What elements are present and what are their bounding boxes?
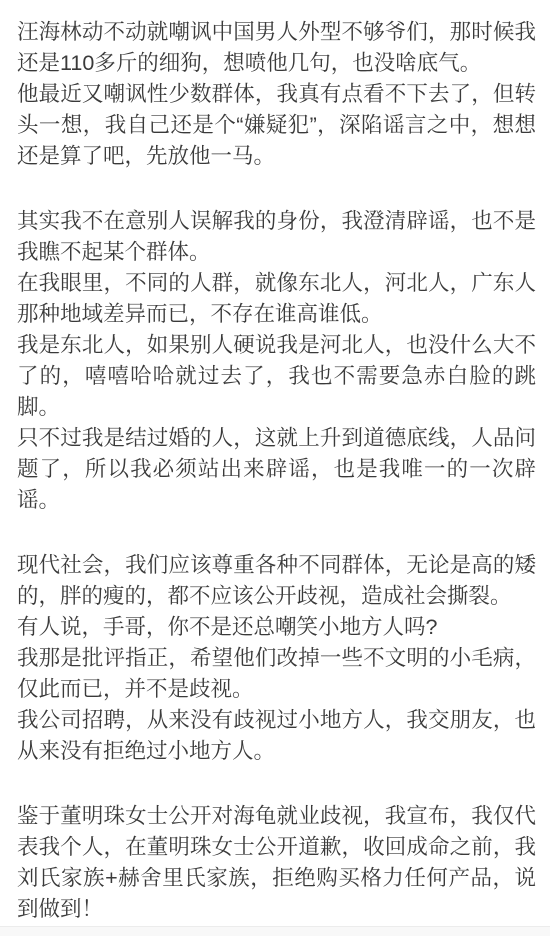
text-block: 现代社会，我们应该尊重各种不同群体，无论是高的矮的，胖的瘦的，都不应该公开歧视，…: [17, 550, 536, 767]
post-body: 汪海林动不动就嘲讽中国男人外型不够爷们，那时候我还是110多斤的细狗，想喷他几句…: [0, 0, 550, 925]
text-block: 鉴于董明珠女士公开对海龟就业歧视，我宣布，我仅代表我个人，在董明珠女士公开道歉，…: [17, 801, 536, 925]
paragraph: 只不过我是结过婚的人，这就上升到道德底线，人品问题了，所以我必须站出来辟谣，也是…: [17, 423, 536, 516]
paragraph: 鉴于董明珠女士公开对海龟就业歧视，我宣布，我仅代表我个人，在董明珠女士公开道歉，…: [17, 801, 536, 925]
paragraph: 我那是批评指正，希望他们改掉一些不文明的小毛病，仅此而已，并不是歧视。: [17, 643, 536, 705]
paragraph: 汪海林动不动就嘲讽中国男人外型不够爷们，那时候我还是110多斤的细狗，想喷他几句…: [17, 17, 536, 79]
paragraph: 其实我不在意别人误解我的身份，我澄清辟谣，也不是我瞧不起某个群体。: [17, 206, 536, 268]
paragraph: 我是东北人，如果别人硬说我是河北人，也没什么大不了的，嘻嘻哈哈就过去了，我也不需…: [17, 330, 536, 423]
text-block: 其实我不在意别人误解我的身份，我澄清辟谣，也不是我瞧不起某个群体。在我眼里，不同…: [17, 206, 536, 516]
paragraph: 现代社会，我们应该尊重各种不同群体，无论是高的矮的，胖的瘦的，都不应该公开歧视，…: [17, 550, 536, 612]
paragraph: 我公司招聘，从来没有歧视过小地方人，我交朋友，也从来没有拒绝过小地方人。: [17, 705, 536, 767]
bottom-divider: [0, 926, 550, 936]
paragraph: 在我眼里，不同的人群，就像东北人，河北人，广东人那种地域差异而已，不存在谁高谁低…: [17, 268, 536, 330]
text-block: 汪海林动不动就嘲讽中国男人外型不够爷们，那时候我还是110多斤的细狗，想喷他几句…: [17, 17, 536, 172]
paragraph: 他最近又嘲讽性少数群体，我真有点看不下去了，但转头一想，我自己还是个“嫌疑犯”，…: [17, 79, 536, 172]
paragraph: 有人说，手哥，你不是还总嘲笑小地方人吗?: [17, 612, 536, 643]
